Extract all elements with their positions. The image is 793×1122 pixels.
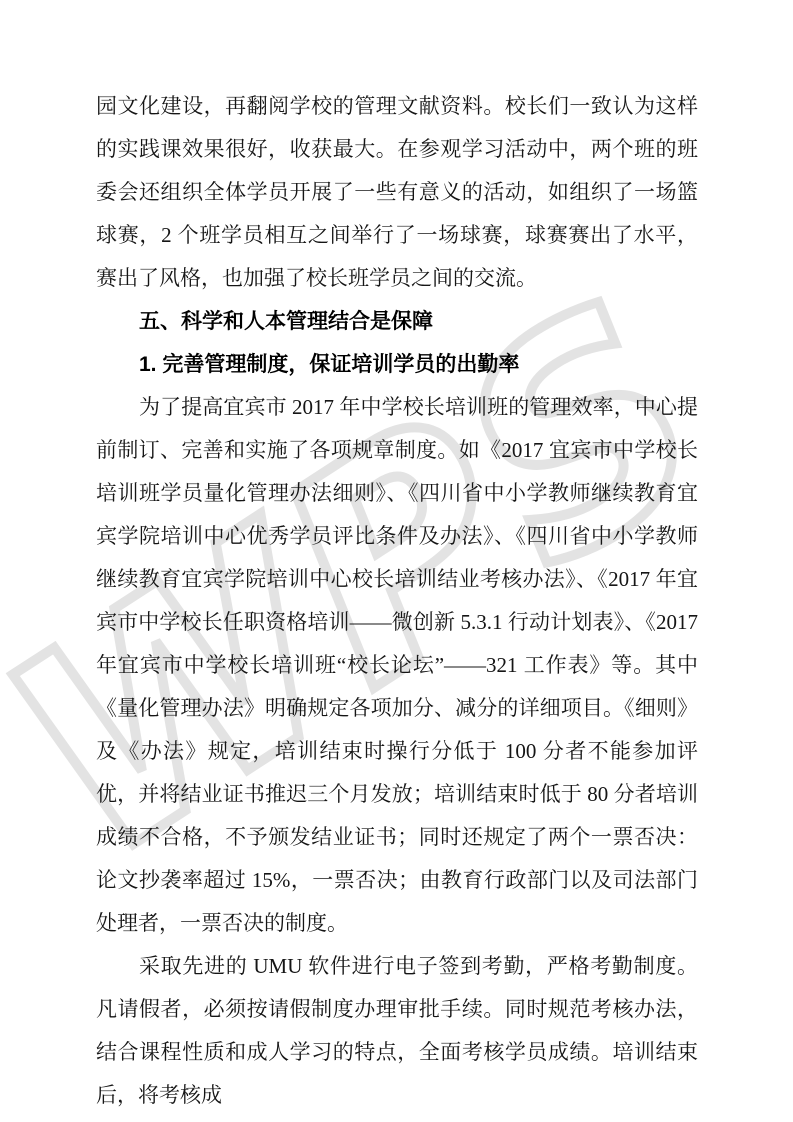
paragraph-management-rules: 为了提高宜宾市 2017 年中学校长培训班的管理效率，中心提前制订、完善和实施了… xyxy=(96,386,698,945)
heading-section-five: 五、科学和人本管理结合是保障 xyxy=(96,300,698,343)
document-body: 园文化建设，再翻阅学校的管理文献资料。校长们一致认为这样的实践课效果很好，收获最… xyxy=(96,85,698,1117)
heading-subsection-one: 1. 完善管理制度，保证培训学员的出勤率 xyxy=(96,343,698,386)
paragraph-campus-culture: 园文化建设，再翻阅学校的管理文献资料。校长们一致认为这样的实践课效果很好，收获最… xyxy=(96,85,698,300)
paragraph-attendance-umu: 采取先进的 UMU 软件进行电子签到考勤，严格考勤制度。凡请假者，必须按请假制度… xyxy=(96,945,698,1117)
document-page: WPS 园文化建设，再翻阅学校的管理文献资料。校长们一致认为这样的实践课效果很好… xyxy=(0,0,793,1122)
